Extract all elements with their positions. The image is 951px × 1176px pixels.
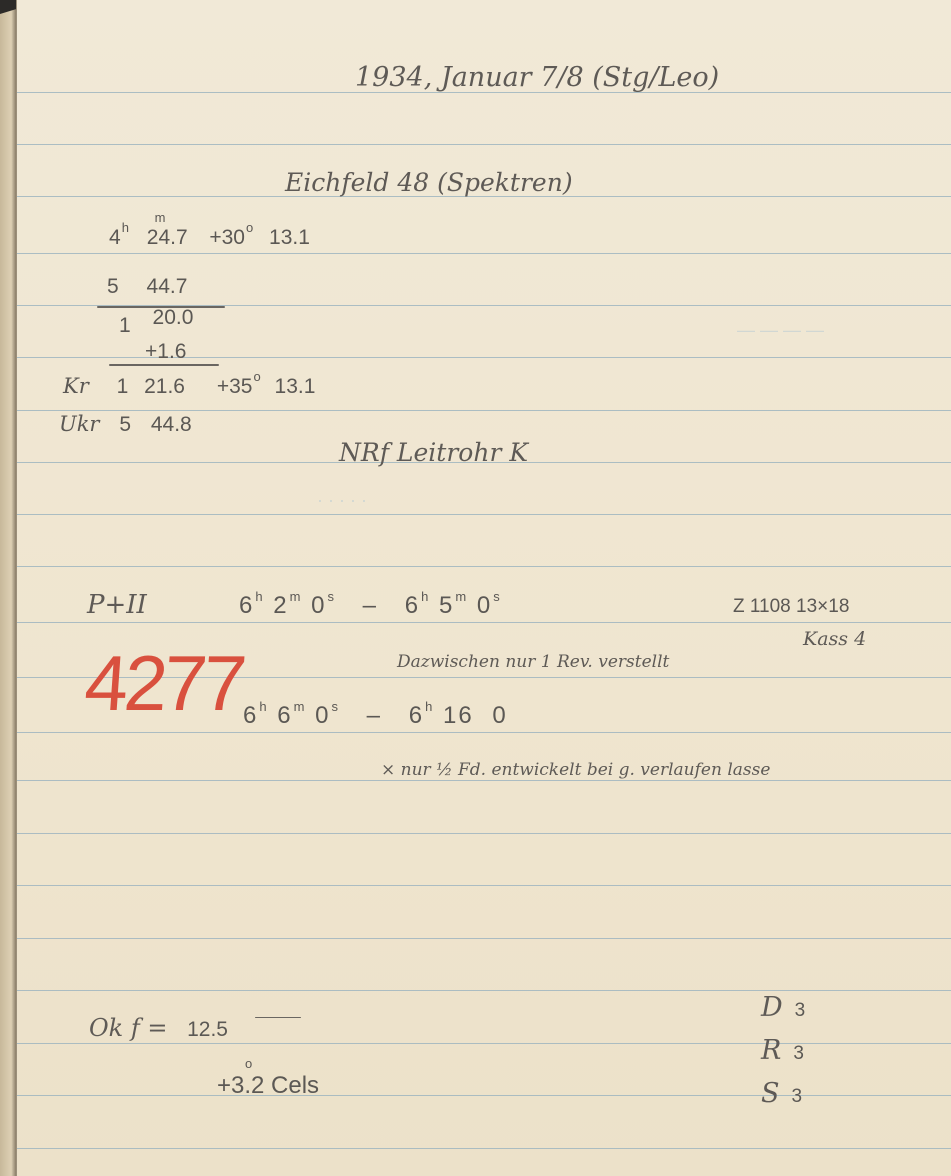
ruled-line: [17, 144, 951, 145]
calc-row-4: +1.6: [145, 340, 186, 364]
unit-h: h: [425, 699, 434, 714]
value: 20.0: [153, 306, 194, 329]
hours: 6: [405, 592, 420, 619]
ruled-line: [17, 780, 951, 781]
ocular-label: Ok f =: [89, 1014, 167, 1042]
ruled-line: [17, 833, 951, 834]
temperature-value: +3.2 Cels: [217, 1072, 319, 1099]
bleed-through-text: · · · · ·: [317, 490, 367, 511]
ruled-line: [17, 938, 951, 939]
ocular-value: 12.5: [187, 1018, 228, 1041]
value: 21.6: [144, 375, 185, 398]
seconds: 0: [311, 592, 326, 619]
notebook-spine: [0, 0, 16, 1176]
calc-row-5: Kr 1 21.6 +35o 13.1: [63, 374, 315, 399]
ruled-line: [17, 885, 951, 886]
exposure-time-2: 6h 6m 0s – 6h 16 0: [243, 702, 508, 730]
seconds: 0: [477, 592, 492, 619]
ra-minutes: 24.7: [147, 226, 188, 249]
notebook-page: — — — — · · · · · 1934, Januar 7/8 (Stg/…: [16, 0, 951, 1176]
field-title: Eichfeld 48 (Spektren): [285, 168, 573, 197]
unit-m: m: [455, 589, 468, 604]
ruled-line: [17, 622, 951, 623]
declination: +30: [209, 226, 245, 249]
ruled-line: [17, 1148, 951, 1149]
declination: +35: [217, 375, 253, 398]
value: 1: [117, 375, 129, 398]
minutes: 5: [439, 592, 454, 619]
rating-value: 3: [792, 1086, 803, 1107]
exposure-time-1: 6h 2m 0s – 6h 5m 0s: [239, 592, 502, 620]
rating-row: D3: [761, 988, 805, 1031]
plate-info: Z 1108 13×18: [733, 596, 849, 618]
seconds: 0: [492, 702, 507, 729]
ruled-line: [17, 732, 951, 733]
value: 5: [119, 413, 131, 436]
calc-row-2: 5 44.7: [107, 275, 187, 299]
cassette-note: Kass 4: [803, 628, 866, 650]
plate-number-red: 4277: [82, 638, 246, 729]
bleed-through-text: — — — —: [737, 320, 824, 341]
calc-row-1: 4h 24.7m +30o 13.1: [109, 226, 310, 250]
dec-minutes: 13.1: [269, 226, 310, 249]
rating-symbol: R: [761, 1035, 781, 1066]
value: 44.7: [147, 275, 188, 298]
date-heading: 1934, Januar 7/8 (Stg/Leo): [355, 62, 719, 93]
unit-h: h: [259, 699, 268, 714]
unit-h: h: [421, 589, 430, 604]
rating-row: R3: [761, 1031, 805, 1074]
unit-deg: o: [246, 220, 253, 235]
ra-hours: 4: [109, 226, 121, 249]
rating-row: S3: [761, 1074, 805, 1117]
sum-line: [109, 364, 219, 366]
range-dash: –: [363, 592, 378, 619]
unit-m: m: [155, 210, 166, 225]
row-label: Ukr: [59, 412, 99, 436]
unit-m: m: [290, 589, 303, 604]
ocular-focus: Ok f = 12.5: [89, 1014, 228, 1042]
rating-value: 3: [793, 1043, 804, 1064]
ruled-line: [17, 1043, 951, 1044]
ruled-line: [17, 410, 951, 411]
quality-ratings: D3 R3 S3: [761, 988, 805, 1117]
seconds: 0: [315, 702, 330, 729]
value: 44.8: [151, 413, 192, 436]
exposure-note-2: × nur ½ Fd. entwickelt bei g. verlaufen …: [381, 760, 770, 780]
ruled-line: [17, 514, 951, 515]
unit-h: h: [255, 589, 264, 604]
unit-s: s: [493, 589, 502, 604]
value: 5: [107, 275, 119, 298]
ruled-line: [17, 1095, 951, 1096]
calc-row-6: Ukr 5 44.8: [59, 412, 192, 437]
plate-label: P+II: [87, 590, 147, 620]
row-label: Kr: [63, 374, 89, 398]
rating-symbol: D: [761, 992, 783, 1023]
value: +1.6: [145, 340, 186, 363]
exposure-note-1: Dazwischen nur 1 Rev. verstellt: [397, 652, 669, 672]
hours: 6: [243, 702, 258, 729]
hours: 6: [409, 702, 424, 729]
ruled-line: [17, 990, 951, 991]
minutes: 16: [443, 702, 474, 729]
ruled-line: [17, 566, 951, 567]
calc-row-3: 1 20.0: [119, 314, 193, 338]
instrument-note: NRf Leitrohr K: [339, 438, 528, 467]
unit-m: m: [294, 699, 307, 714]
hours: 6: [239, 592, 254, 619]
rating-value: 3: [795, 1000, 806, 1021]
value-overline: [255, 1017, 301, 1018]
ruled-line: [17, 253, 951, 254]
dec-minutes: 13.1: [275, 375, 316, 398]
unit-deg: o: [245, 1056, 252, 1071]
range-dash: –: [367, 702, 382, 729]
minutes: 2: [273, 592, 288, 619]
minutes: 6: [277, 702, 292, 729]
unit-s: s: [332, 699, 341, 714]
unit-deg: o: [253, 369, 260, 384]
rating-symbol: S: [761, 1078, 780, 1109]
value: 1: [119, 314, 131, 337]
temperature: +3.2 Cels: [217, 1072, 319, 1100]
unit-s: s: [328, 589, 337, 604]
unit-h: h: [122, 220, 129, 235]
